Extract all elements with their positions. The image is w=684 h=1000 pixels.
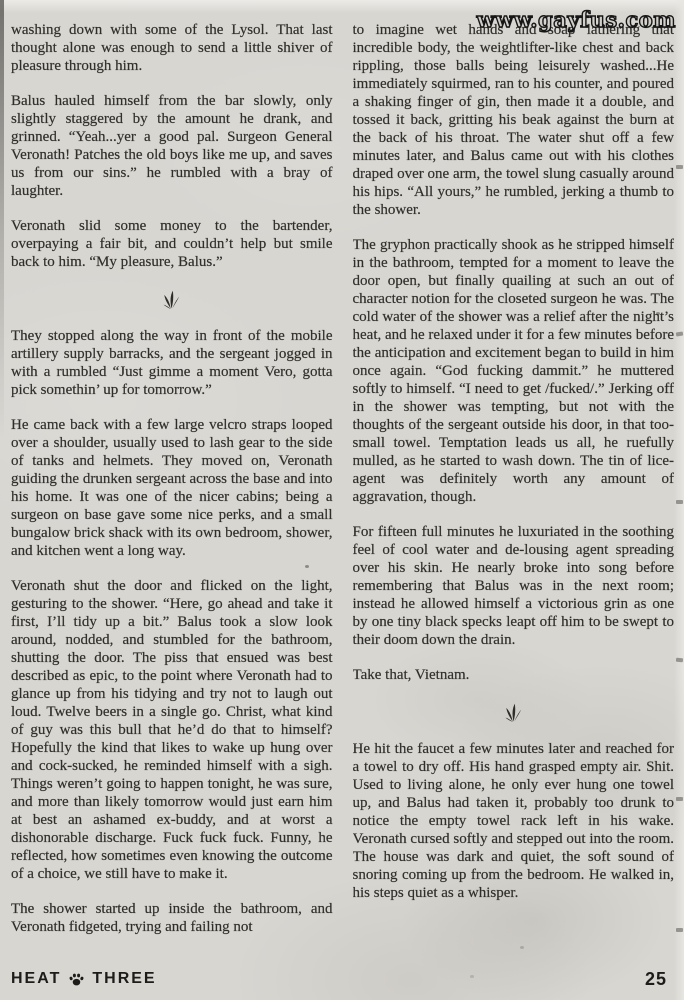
scan-speck — [676, 165, 683, 169]
paragraph: The shower started up inside the bathroo… — [11, 900, 333, 936]
page-number: 25 — [645, 969, 667, 990]
footer-title-word: HEAT — [11, 970, 61, 988]
leaf-fleuron-icon — [11, 288, 333, 310]
book-page: www.gayfus.com washing down with some of… — [0, 0, 684, 1000]
scan-speck — [676, 797, 683, 801]
column-right: to imagine wet hands and soap lathering … — [353, 21, 675, 956]
paragraph: The gryphon practically shook as he stri… — [353, 236, 675, 506]
scan-speck — [676, 500, 683, 504]
scan-speck — [676, 928, 683, 932]
paw-print-icon — [69, 972, 84, 987]
paragraph: He came back with a few large velcro str… — [11, 416, 333, 560]
scan-speck — [676, 658, 683, 663]
footer-title-word: THREE — [92, 970, 156, 988]
paragraph: For fifteen full minutes he luxuriated i… — [353, 523, 675, 649]
page-body: washing down with some of the Lysol. Tha… — [11, 21, 674, 956]
paragraph: Take that, Vietnam. — [353, 666, 675, 684]
paragraph: They stopped along the way in front of t… — [11, 327, 333, 399]
watermark: www.gayfus.com — [477, 7, 676, 32]
column-left: washing down with some of the Lysol. Tha… — [11, 21, 333, 956]
page-footer: HEAT THREE 25 — [11, 968, 667, 990]
leaf-fleuron-icon — [353, 701, 675, 723]
paragraph: washing down with some of the Lysol. Tha… — [11, 21, 333, 75]
paragraph: Veronath slid some money to the bartende… — [11, 217, 333, 271]
footer-book-title: HEAT THREE — [11, 970, 157, 988]
scan-shadow-left — [0, 0, 4, 440]
paragraph: He hit the faucet a few minutes later an… — [353, 740, 675, 902]
paragraph: Balus hauled himself from the bar slowly… — [11, 92, 333, 200]
paragraph: Veronath shut the door and flicked on th… — [11, 577, 333, 883]
paragraph: to imagine wet hands and soap lathering … — [353, 21, 675, 219]
